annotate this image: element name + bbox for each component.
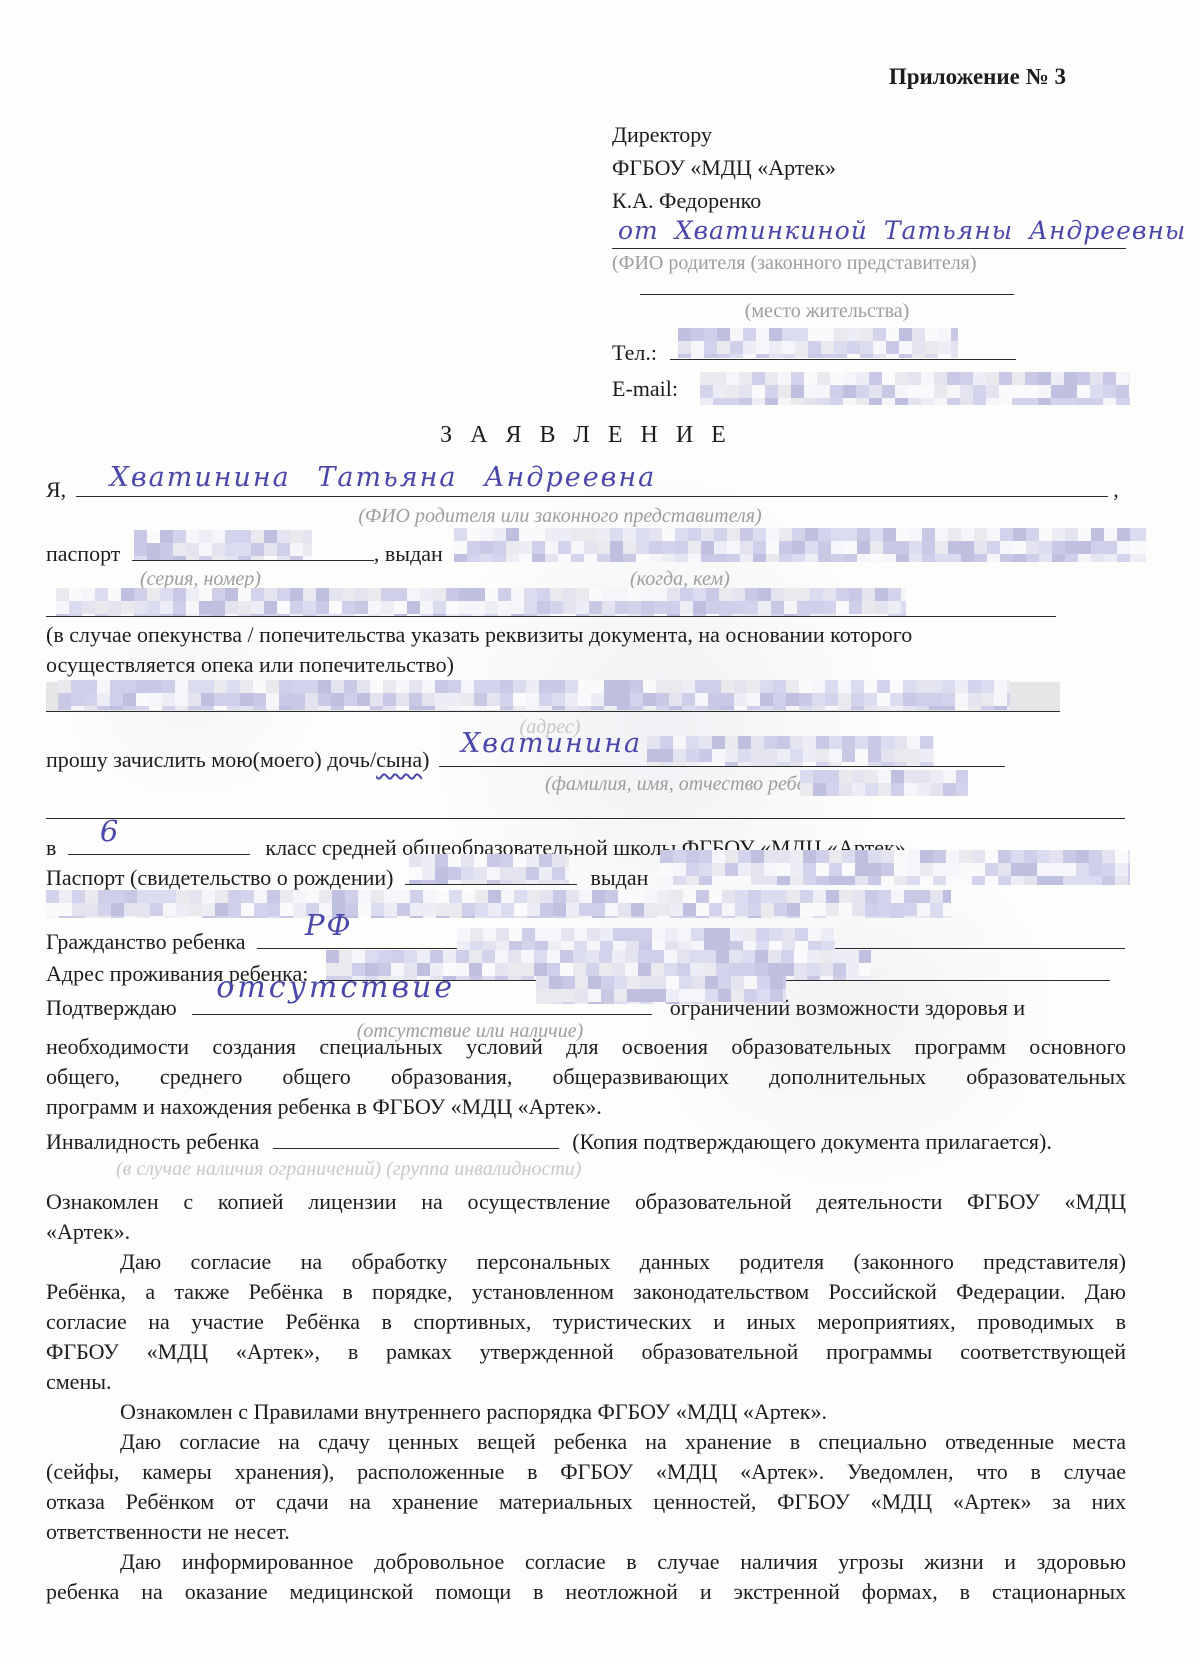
consent-data-line2: Ребёнка, а также Ребёнка в порядке, уста… [46, 1277, 1126, 1307]
annex-number: Приложение № 3 [0, 64, 1066, 90]
passport-issued-label: , выдан [374, 541, 443, 566]
confirm-handwritten: отсутствие [216, 970, 455, 1005]
citizenship-label: Гражданство ребенка [46, 929, 245, 954]
child-surname-handwritten: Хватинина [461, 728, 642, 759]
special-conditions-line2: общего, среднего общего образования, общ… [46, 1062, 1126, 1092]
passport-series-redaction-blur [134, 530, 312, 560]
email-label: E-mail: [612, 376, 678, 401]
rules-line: Ознакомлен с Правилами внутреннего распо… [46, 1397, 1126, 1427]
phone-field: Тел.: [612, 330, 1016, 366]
guardianship-redaction-blur [56, 588, 906, 616]
citizenship-redaction-blur [457, 928, 835, 952]
confirm-redaction-blur [536, 976, 786, 1004]
guardianship-note-line2: осуществляется опека или попечительство) [46, 652, 454, 678]
health-confirm-line: Подтверждаю отсутствие ограничений возмо… [46, 986, 1025, 1021]
special-conditions-line1: необходимости создания специальных услов… [46, 1032, 1126, 1062]
valuables-line4: ответственности не несет. [46, 1517, 1126, 1547]
enroll-request-line: прошу зачислить мою(моего) дочь/сына) Хв… [46, 740, 1005, 773]
child-passport-series-redaction-blur [409, 854, 569, 884]
phone-label: Тел.: [612, 340, 657, 365]
parent-passport-line: паспорт , выдан [46, 534, 1116, 567]
consent-data-line1: Даю согласие на обработку персональных д… [46, 1247, 1126, 1277]
medical-line1: Даю информированное добровольное согласи… [46, 1547, 1126, 1577]
consent-data-line3: согласие на участие Ребёнка в спортивных… [46, 1307, 1126, 1337]
email-redaction-blur [700, 372, 1130, 405]
child-passport-suffix: ) [386, 865, 393, 890]
disability-blank-field [273, 1122, 559, 1149]
disability-suffix: (Копия подтверждающего документа прилага… [572, 1129, 1052, 1154]
passport-label: паспорт [46, 541, 120, 566]
parent-address-line [46, 682, 1060, 718]
consent-data-line4: ФГБОУ «МДЦ «Артек», в рамках утвержденно… [46, 1337, 1126, 1367]
addressee-director: К.А. Федоренко [612, 188, 761, 214]
guardianship-note-line1: (в случае опекунства / попечительства ук… [46, 622, 912, 648]
grade-prefix: в [46, 835, 56, 860]
child-passport-issuer-redaction-blur-2 [46, 890, 951, 918]
disability-caption: (в случае наличия ограничений) (группа и… [46, 1157, 1126, 1187]
child-name-redaction-blur [647, 736, 935, 766]
license-line1: Ознакомлен с копией лицензии на осуществ… [46, 1187, 1126, 1217]
passport-issuer-redaction-blur [454, 528, 1146, 562]
applicant-handwritten-name: Хватинина Татьяна Андреевна [110, 462, 657, 493]
residence-field [640, 268, 1014, 301]
from-field: от Хватинкиной Татьяны Андреевны [612, 212, 1126, 255]
phone-redaction-blur [678, 328, 958, 358]
applicant-name-line: Я, Хватинина Татьяна Андреевна , [46, 466, 1119, 503]
addressee-org: ФГБОУ «МДЦ «Артек» [612, 155, 836, 181]
enroll-paren: ) [422, 747, 429, 772]
addressee-to: Директору [612, 122, 712, 148]
valuables-line2: (сейфы, камеры хранения), расположенные … [46, 1457, 1126, 1487]
child-passport-line: Паспорт (свидетельство о рождении) выдан [46, 858, 1100, 891]
guardianship-document-line [46, 592, 1056, 623]
special-conditions-line3: программ и нахождения ребенка в ФГБОУ «М… [46, 1092, 1126, 1122]
enroll-label: прошу зачислить мою(моего) дочь/ [46, 747, 376, 772]
valuables-line3: отказа Ребёнком от сдачи на хранение мат… [46, 1487, 1126, 1517]
child-passport-issuer-redaction-blur [660, 850, 1130, 885]
citizenship-handwritten: РФ [305, 908, 353, 942]
i-label: Я, [46, 477, 66, 502]
license-line2: «Артек». [46, 1217, 1126, 1247]
consent-data-line5: смены. [46, 1367, 1126, 1397]
residence-caption: (место жительства) [640, 300, 1014, 323]
application-form-page: Приложение № 3 Директору ФГБОУ «МДЦ «Арт… [0, 0, 1200, 1664]
confirm-label: Подтверждаю [46, 995, 177, 1020]
email-field: E-mail: [612, 376, 678, 402]
disability-line: Инвалидность ребенка (Копия подтверждающ… [46, 1122, 1126, 1157]
enroll-son-word: сына [376, 747, 422, 772]
from-handwritten-name: от Хватинкиной Татьяны Андреевны [618, 216, 1186, 245]
grade-handwritten: 6 [100, 814, 118, 848]
body-paragraphs: необходимости создания специальных услов… [46, 1032, 1126, 1607]
applicant-fio-caption: (ФИО родителя или законного представител… [300, 505, 820, 528]
trailing-comma: , [1113, 477, 1119, 502]
child-passport-prefix: Паспорт ( [46, 865, 137, 890]
disability-label: Инвалидность ребенка [46, 1129, 259, 1154]
valuables-line1: Даю согласие на сдачу ценных вещей ребен… [46, 1427, 1126, 1457]
empty-continuation-line [46, 792, 1125, 819]
document-title: З А Я В Л Е Н И Е [46, 422, 1126, 449]
child-issued-label: выдан [591, 865, 649, 890]
parent-address-redaction-blur [58, 680, 1010, 710]
medical-line2: ребенка на оказание медицинской помощи в… [46, 1577, 1126, 1607]
child-passport-underlined: свидетельство о рождении [137, 865, 386, 890]
